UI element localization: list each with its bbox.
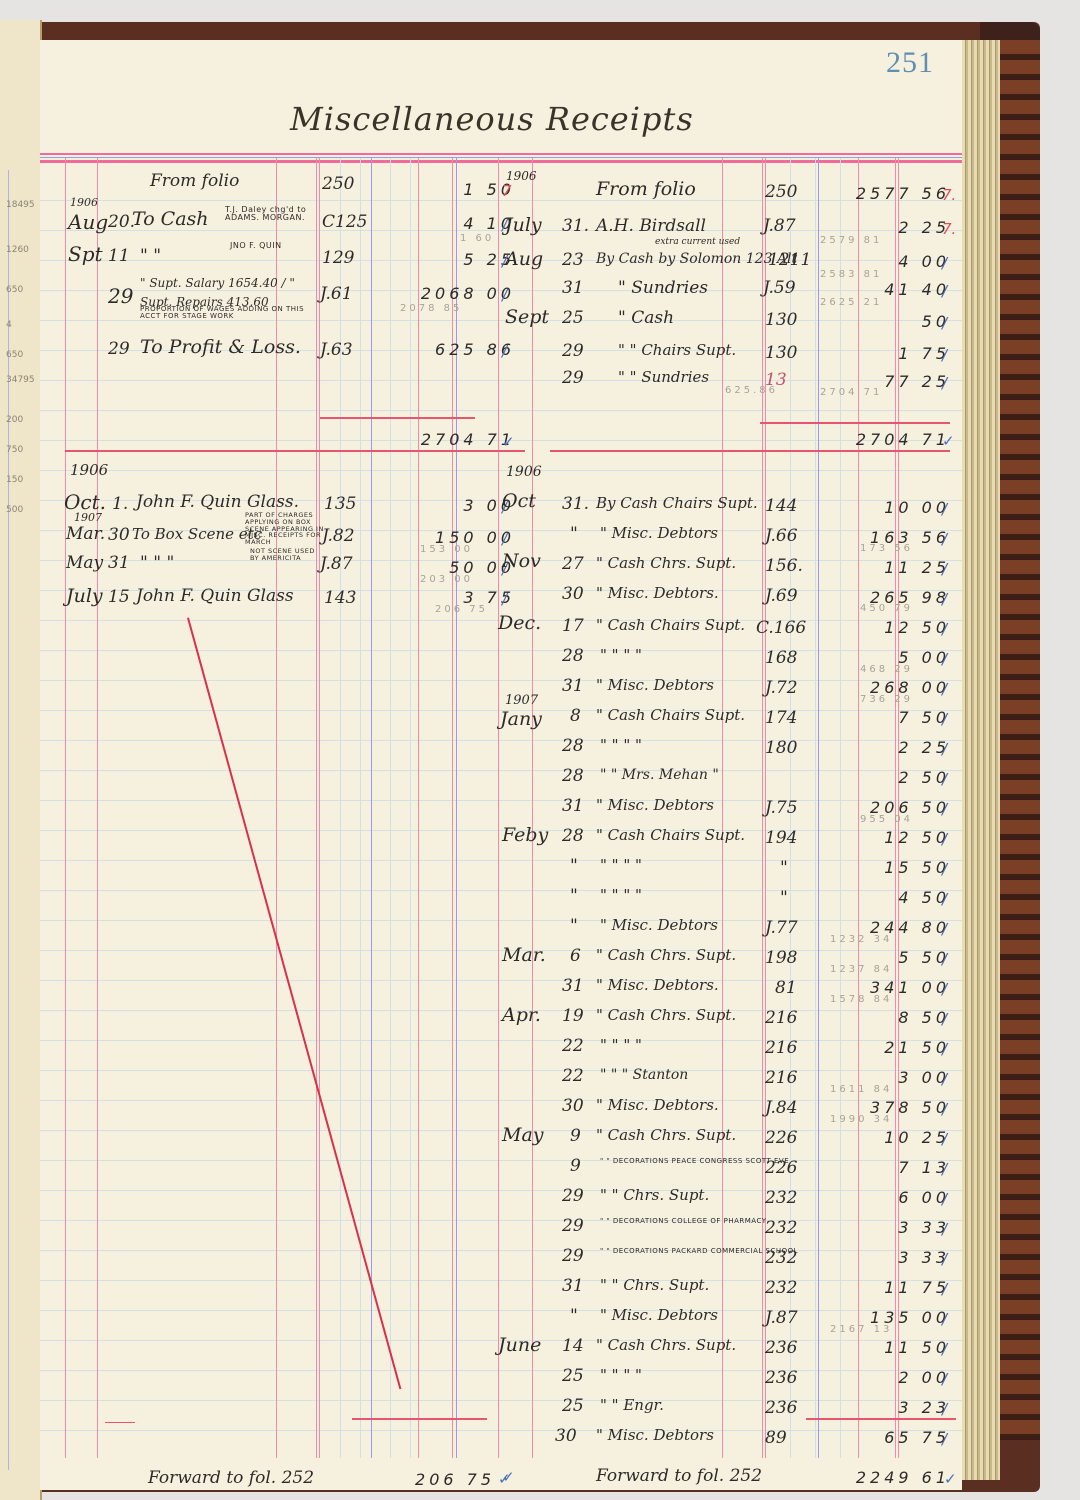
entry-day: 22: [562, 1068, 584, 1085]
check-mark-icon: 7.: [942, 186, 956, 204]
check-mark-icon: /: [942, 1220, 947, 1238]
entry-folio: J.77: [765, 920, 798, 937]
entry-month: Mar.: [66, 526, 105, 543]
prev-page-figure: 650: [6, 350, 23, 360]
entry-month: Oct: [502, 492, 536, 511]
forward-amount: 206 75: [395, 1472, 495, 1488]
entry-desc: " Misc. Debtors: [600, 918, 718, 933]
entry-folio: 194: [765, 830, 797, 847]
check-mark-icon: /: [942, 800, 947, 818]
entry-folio: J.84: [765, 1100, 798, 1117]
entry-amount: 3 33: [850, 1220, 950, 1236]
entry-desc: " ": [140, 248, 161, 265]
entry-month: Oct.: [64, 492, 106, 512]
running-total: 1 60: [460, 234, 494, 244]
prev-page-figure: 4: [6, 320, 12, 330]
entry-desc: " Cash Chrs. Supt.: [596, 1338, 736, 1353]
entry-folio: 198: [765, 950, 797, 967]
entry-amount: 7 50: [850, 710, 950, 726]
entry-amount: 8 50: [850, 1010, 950, 1026]
check-mark-icon: 7.: [942, 220, 956, 238]
entry-folio: J.59: [763, 280, 796, 297]
entry-desc: " " " Stanton: [600, 1068, 688, 1082]
subtotal-amount: 2704 71: [820, 432, 950, 448]
subtotal-amount: 2704 71: [375, 432, 515, 448]
entry-amount: 50: [870, 314, 950, 330]
entry-desc: " Cash Chairs Supt.: [596, 708, 745, 723]
entry-amount: 65 75: [850, 1430, 950, 1446]
entry-folio: J.87: [763, 218, 796, 235]
entry-month: May: [502, 1126, 544, 1145]
entry-day: 28: [562, 828, 584, 845]
check-mark-icon: /: [942, 1070, 947, 1088]
running-total: 955 04: [860, 815, 913, 825]
entry-note: PROPORTION OF WAGES ADDING ON THIS ACCT …: [140, 306, 320, 321]
entry-folio: 226: [765, 1130, 797, 1147]
entry-desc: " " " ": [600, 858, 642, 873]
entry-day: 30: [108, 527, 130, 544]
ledger-page: 251 Miscellaneous Receipts: [40, 40, 962, 1490]
entry-desc: John F. Quin Glass: [136, 588, 294, 605]
entry-folio: 180: [765, 740, 797, 757]
check-mark-icon: /: [942, 346, 947, 364]
entry-folio: ": [780, 890, 788, 907]
opening-folio: 250: [322, 176, 354, 193]
entry-day: 8: [570, 708, 581, 725]
entry-folio: 168: [765, 650, 797, 667]
entry-folio: J.63: [320, 342, 353, 359]
entry-day: 25: [562, 1398, 584, 1415]
entry-note: extra current used: [655, 238, 740, 247]
entry-amount: 2 00: [850, 1370, 950, 1386]
entry-day: 31: [562, 678, 584, 695]
closing-rule: [806, 1418, 956, 1420]
check-mark-icon: /: [942, 1400, 947, 1418]
entry-day: 25: [562, 310, 584, 327]
entry-month: July: [505, 216, 542, 235]
entry-folio: 89: [765, 1430, 787, 1447]
opening-year: 1906: [506, 170, 537, 182]
entry-desc: " " " ": [600, 1038, 642, 1053]
check-mark-icon: ✓: [502, 433, 515, 451]
entry-day: ": [570, 918, 578, 935]
entry-folio: J.87: [320, 556, 353, 573]
entry-desc: " Misc. Debtors.: [596, 586, 719, 601]
running-total: 736 29: [860, 695, 913, 705]
entry-day: 17: [562, 618, 584, 635]
check-mark-icon: /: [942, 770, 947, 788]
running-total: 1237 84: [830, 965, 892, 975]
entry-year: 1907: [505, 694, 538, 707]
entry-folio: 232: [765, 1220, 797, 1237]
entry-amount: 12 50: [850, 620, 950, 636]
entry-folio: 129: [322, 250, 354, 267]
entry-day: 23: [562, 252, 584, 269]
entry-folio: J.87: [765, 1310, 798, 1327]
entry-amount: 2 25: [850, 740, 950, 756]
entry-day: 29: [562, 343, 584, 360]
entry-month: Mar.: [502, 946, 546, 965]
check-mark-icon: /: [942, 374, 947, 392]
running-total: 153 00: [420, 545, 473, 555]
entry-desc: " " Engr.: [600, 1398, 664, 1413]
check-mark-icon: ✓: [502, 1468, 515, 1486]
prev-page-figure: 650: [6, 285, 23, 295]
entry-day: 31: [562, 1278, 584, 1295]
running-total: 1578 84: [830, 995, 892, 1005]
entry-folio: 174: [765, 710, 797, 727]
entry-desc: " Misc. Debtors.: [596, 978, 719, 993]
entry-day: 20.: [108, 214, 135, 231]
entry-day: 31: [562, 280, 584, 297]
prev-page-figure: 1260: [6, 245, 29, 255]
entry-amount: 11 75: [850, 1280, 950, 1296]
check-mark-icon: /: [502, 286, 507, 304]
prev-page-figure: 34795: [6, 375, 35, 385]
entry-folio: 232: [765, 1190, 797, 1207]
total-rule: [65, 450, 525, 452]
entry-month: June: [498, 1336, 541, 1355]
check-mark-icon: /: [502, 590, 507, 608]
entry-year: 1906: [70, 463, 108, 478]
running-total: 203 00: [420, 575, 473, 585]
check-mark-icon: /: [942, 1280, 947, 1298]
entry-month: Feby: [502, 826, 548, 845]
prev-page-figure: 500: [6, 505, 23, 515]
running-total: 1232 34: [830, 935, 892, 945]
entry-day: 31: [108, 555, 130, 572]
entry-desc: " Sundries: [618, 280, 708, 297]
entry-desc: " " DECORATIONS PEACE CONGRESS SCOTT EVE: [600, 1158, 789, 1165]
check-mark-icon: /: [942, 530, 947, 548]
entry-day: 31.: [562, 496, 589, 513]
running-total: 450 79: [860, 604, 913, 614]
entry-folio: J.75: [765, 800, 798, 817]
entry-desc: " Misc. Debtors: [596, 798, 714, 813]
entry-day: ": [570, 858, 578, 875]
entry-desc: To Profit & Loss.: [140, 338, 301, 357]
entry-amount: 3 23: [850, 1400, 950, 1416]
entry-folio: 226: [765, 1160, 797, 1177]
check-mark-icon: /: [942, 710, 947, 728]
opening-desc: From folio: [150, 173, 239, 190]
total-rule: [320, 417, 475, 419]
check-mark-icon: /: [942, 1040, 947, 1058]
check-mark-icon: /: [942, 1340, 947, 1358]
closing-diagonal-rule: [187, 617, 401, 1389]
entry-amount: 41 40: [850, 282, 950, 298]
check-mark-icon: /: [942, 1430, 947, 1448]
entry-note: JNO F. QUIN: [230, 242, 282, 250]
prev-page-figure: 150: [6, 475, 23, 485]
entry-desc: " Misc. Debtors: [600, 1308, 718, 1323]
entry-folio: 216: [765, 1040, 797, 1057]
entry-desc: To Cash: [132, 210, 209, 229]
forward-desc: Forward to fol. 252: [596, 1468, 762, 1485]
entry-day: 29: [108, 286, 133, 306]
check-mark-icon: /: [942, 1250, 947, 1268]
running-total: 1990 34: [830, 1115, 892, 1125]
entry-desc: " Cash: [618, 310, 674, 327]
check-mark-icon: /: [942, 680, 947, 698]
running-total: 206 75: [435, 605, 488, 615]
page-number: 251: [886, 46, 934, 80]
entry-folio: 135: [324, 496, 356, 513]
entry-folio: J.66: [765, 528, 798, 545]
entry-day: 29: [562, 1218, 584, 1235]
check-mark-icon: 7: [502, 182, 512, 200]
entry-month: Dec.: [498, 614, 541, 633]
entry-folio: 236: [765, 1370, 797, 1387]
running-total: 2625 21: [820, 298, 882, 308]
check-mark-icon: /: [942, 1100, 947, 1118]
entry-amount: 3 33: [850, 1250, 950, 1266]
entry-desc: By Cash Chairs Supt.: [596, 496, 758, 511]
entry-month: Sept: [505, 308, 549, 327]
entry-day: 6: [570, 948, 581, 965]
entry-day: ": [570, 526, 578, 543]
entry-month: Aug: [505, 250, 543, 269]
entry-folio: C125: [322, 214, 367, 231]
check-mark-icon: /: [942, 1010, 947, 1028]
entry-day: 22: [562, 1038, 584, 1055]
entry-day: 15: [108, 589, 130, 606]
entry-amount: 11 25: [850, 560, 950, 576]
entry-folio: J.82: [322, 528, 355, 545]
entry-folio: J.61: [320, 286, 353, 303]
entry-folio: J.69: [765, 588, 798, 605]
running-total: 2579 81: [820, 236, 882, 246]
prev-page-figure: 18495: [6, 200, 35, 210]
entry-folio: 81: [775, 980, 797, 997]
entry-folio: 236: [765, 1400, 797, 1417]
entry-day: 14: [562, 1338, 584, 1355]
entry-folio: 216: [765, 1010, 797, 1027]
entry-amount: 2 50: [850, 770, 950, 786]
entry-folio: 232: [765, 1250, 797, 1267]
check-mark-icon: ✓: [944, 1470, 957, 1488]
entry-day: 19: [562, 1008, 584, 1025]
entry-month: May: [66, 555, 103, 572]
opening-amount: 2577 56: [830, 186, 950, 202]
entry-day: 29: [562, 1188, 584, 1205]
entry-amount: 2068 00: [390, 286, 515, 302]
entry-day: 9: [570, 1158, 581, 1175]
entry-day: 11: [108, 248, 130, 265]
entry-year: 1907: [74, 512, 102, 523]
entry-desc: " " " ": [600, 648, 642, 663]
entry-note: NOT SCENE USED BY AMERICITA: [250, 548, 325, 562]
running-total: 2704 71: [820, 388, 882, 398]
entry-day: 31: [562, 798, 584, 815]
entry-amount: 4 50: [850, 890, 950, 906]
entry-amount: 4 00: [870, 254, 950, 270]
entry-day: 31.: [562, 218, 589, 235]
entry-desc: " " Chrs. Supt.: [600, 1188, 709, 1203]
forward-desc: Forward to fol. 252: [148, 1470, 314, 1487]
entry-desc: A.H. Birdsall: [596, 218, 706, 235]
entry-day: 30: [555, 1428, 577, 1445]
entry-amount: 1 75: [870, 346, 950, 362]
year-heading: 1906: [506, 465, 542, 479]
running-total: 2078 85: [400, 304, 462, 314]
entry-month: Apr.: [502, 1006, 541, 1025]
check-mark-icon: /: [942, 950, 947, 968]
entry-day: ": [570, 1308, 578, 1325]
entry-desc: " Misc. Debtors: [600, 526, 718, 541]
check-mark-icon: /: [942, 314, 947, 332]
entry-desc: " " DECORATIONS COLLEGE OF PHARMACY: [600, 1218, 767, 1225]
entry-desc: " Cash Chrs. Supt.: [596, 948, 736, 963]
running-total: 2583 81: [820, 270, 882, 280]
entry-day: 29: [108, 341, 130, 358]
entry-folio: 130: [765, 345, 797, 362]
check-mark-icon: /: [942, 920, 947, 938]
entry-amount: 15 50: [850, 860, 950, 876]
entry-amount: 2 25: [870, 220, 950, 236]
entry-folio: 13: [765, 372, 787, 389]
check-mark-icon: /: [942, 620, 947, 638]
entry-folio: 143: [324, 590, 356, 607]
entry-folio: 1211: [768, 252, 811, 269]
entry-desc: " " Mrs. Mehan ": [600, 768, 719, 782]
entry-folio: 130: [765, 312, 797, 329]
entry-month: Spt: [68, 244, 103, 264]
entry-day: 30: [562, 1098, 584, 1115]
entry-desc: To Box Scene etc: [132, 527, 262, 542]
entry-desc: " Cash Chairs Supt.: [596, 828, 745, 843]
check-mark-icon: /: [942, 650, 947, 668]
entry-amount: 6 00: [850, 1190, 950, 1206]
page-edges: [960, 40, 1000, 1480]
check-mark-icon: /: [942, 830, 947, 848]
check-mark-icon: /: [942, 1130, 947, 1148]
check-mark-icon: /: [942, 1310, 947, 1328]
check-mark-icon: /: [942, 560, 947, 578]
entry-desc: " " Chrs. Supt.: [600, 1278, 709, 1293]
prev-page-figure: 200: [6, 415, 23, 425]
check-mark-icon: /: [942, 1190, 947, 1208]
entry-folio: ": [780, 860, 788, 877]
entry-day: 1.: [112, 496, 128, 513]
entry-day: 27: [562, 556, 584, 573]
entry-day: 28: [562, 768, 584, 785]
entry-folio: J.72: [765, 680, 798, 697]
entry-day: 29: [562, 370, 584, 387]
entry-desc: " Cash Chrs. Supt.: [596, 1128, 736, 1143]
entry-folio: 156.: [765, 558, 803, 575]
entry-desc: " Misc. Debtors.: [596, 1098, 719, 1113]
opening-folio: 250: [765, 184, 797, 201]
running-total: 1611 84: [830, 1085, 892, 1095]
check-mark-icon: /: [942, 590, 947, 608]
entry-desc: " " " ": [600, 738, 642, 753]
entry-amount: 21 50: [850, 1040, 950, 1056]
entry-day: 31: [562, 978, 584, 995]
closing-rule: [352, 1418, 487, 1420]
total-rule: [550, 450, 950, 452]
entry-desc: " Cash Chrs. Supt.: [596, 556, 736, 571]
entry-desc: " " " ": [600, 888, 642, 903]
entry-amount: 10 25: [850, 1130, 950, 1146]
entry-desc: " Misc. Debtors: [596, 678, 714, 693]
entry-note: T.J. Daley chg'd to ADAMS. MORGAN.: [225, 206, 315, 223]
entry-day: 28: [562, 738, 584, 755]
check-mark-icon: /: [942, 254, 947, 272]
entry-desc: " Cash Chairs Supt.: [596, 618, 745, 633]
page-title: Miscellaneous Receipts: [290, 100, 694, 138]
check-mark-icon: /: [942, 1370, 947, 1388]
check-mark-icon: /: [942, 860, 947, 878]
running-total: 2167 13: [830, 1325, 892, 1335]
check-mark-icon: /: [502, 342, 507, 360]
entry-desc: " " Chairs Supt.: [618, 343, 736, 358]
entry-note: PART OF CHARGES APPLYING ON BOX SCENE AP…: [245, 512, 325, 546]
running-total: 468 29: [860, 665, 913, 675]
entry-folio: C.166: [756, 620, 806, 637]
entry-folio: 232: [765, 1280, 797, 1297]
entry-month: July: [66, 587, 103, 606]
forward-amount: 2249 61: [830, 1470, 950, 1486]
prev-page-figure: 750: [6, 445, 23, 455]
entry-folio: 144: [765, 498, 797, 515]
entry-amount: 11 50: [850, 1340, 950, 1356]
entry-desc: " Misc. Debtors: [596, 1428, 714, 1443]
entry-desc: " " ": [140, 555, 174, 572]
entry-month: Aug: [68, 212, 108, 232]
running-total: 173 56: [860, 544, 913, 554]
closing-rule: [105, 1422, 135, 1423]
total-rule: [760, 422, 950, 424]
entry-desc: John F. Quin Glass.: [136, 494, 299, 511]
entry-amount: 7 13: [850, 1160, 950, 1176]
check-mark-icon: /: [942, 980, 947, 998]
entry-desc: " " Sundries: [618, 370, 709, 385]
entry-day: ": [570, 888, 578, 905]
check-mark-icon: /: [942, 500, 947, 518]
header-rule: [40, 153, 962, 163]
opening-desc: From folio: [596, 180, 696, 199]
entry-folio: 236: [765, 1340, 797, 1357]
entry-folio: 216: [765, 1070, 797, 1087]
entry-amount: 10 00: [850, 500, 950, 516]
entry-desc: " " " ": [600, 1368, 642, 1383]
entry-day: 28: [562, 648, 584, 665]
entry-amount: 12 50: [850, 830, 950, 846]
entry-month: Nov: [502, 552, 541, 571]
check-mark-icon: /: [942, 740, 947, 758]
entry-month: Jany: [500, 710, 542, 729]
check-mark-icon: /: [942, 1160, 947, 1178]
entry-year: 1906: [70, 197, 98, 208]
entry-day: 25: [562, 1368, 584, 1385]
check-mark-icon: /: [942, 890, 947, 908]
entry-day: 29: [562, 1248, 584, 1265]
entry-desc: By Cash by Solomon 123 Alt: [596, 252, 797, 266]
entry-desc: " Cash Chrs. Supt.: [596, 1008, 736, 1023]
check-mark-icon: /: [942, 282, 947, 300]
check-mark-icon: ✓: [942, 432, 955, 450]
entry-day: 30: [562, 586, 584, 603]
previous-page-edge: 18495 1260 650 4 650 34795 200 750 150 5…: [0, 20, 42, 1500]
check-mark-icon: /: [502, 530, 507, 548]
entry-day: 9: [570, 1128, 581, 1145]
